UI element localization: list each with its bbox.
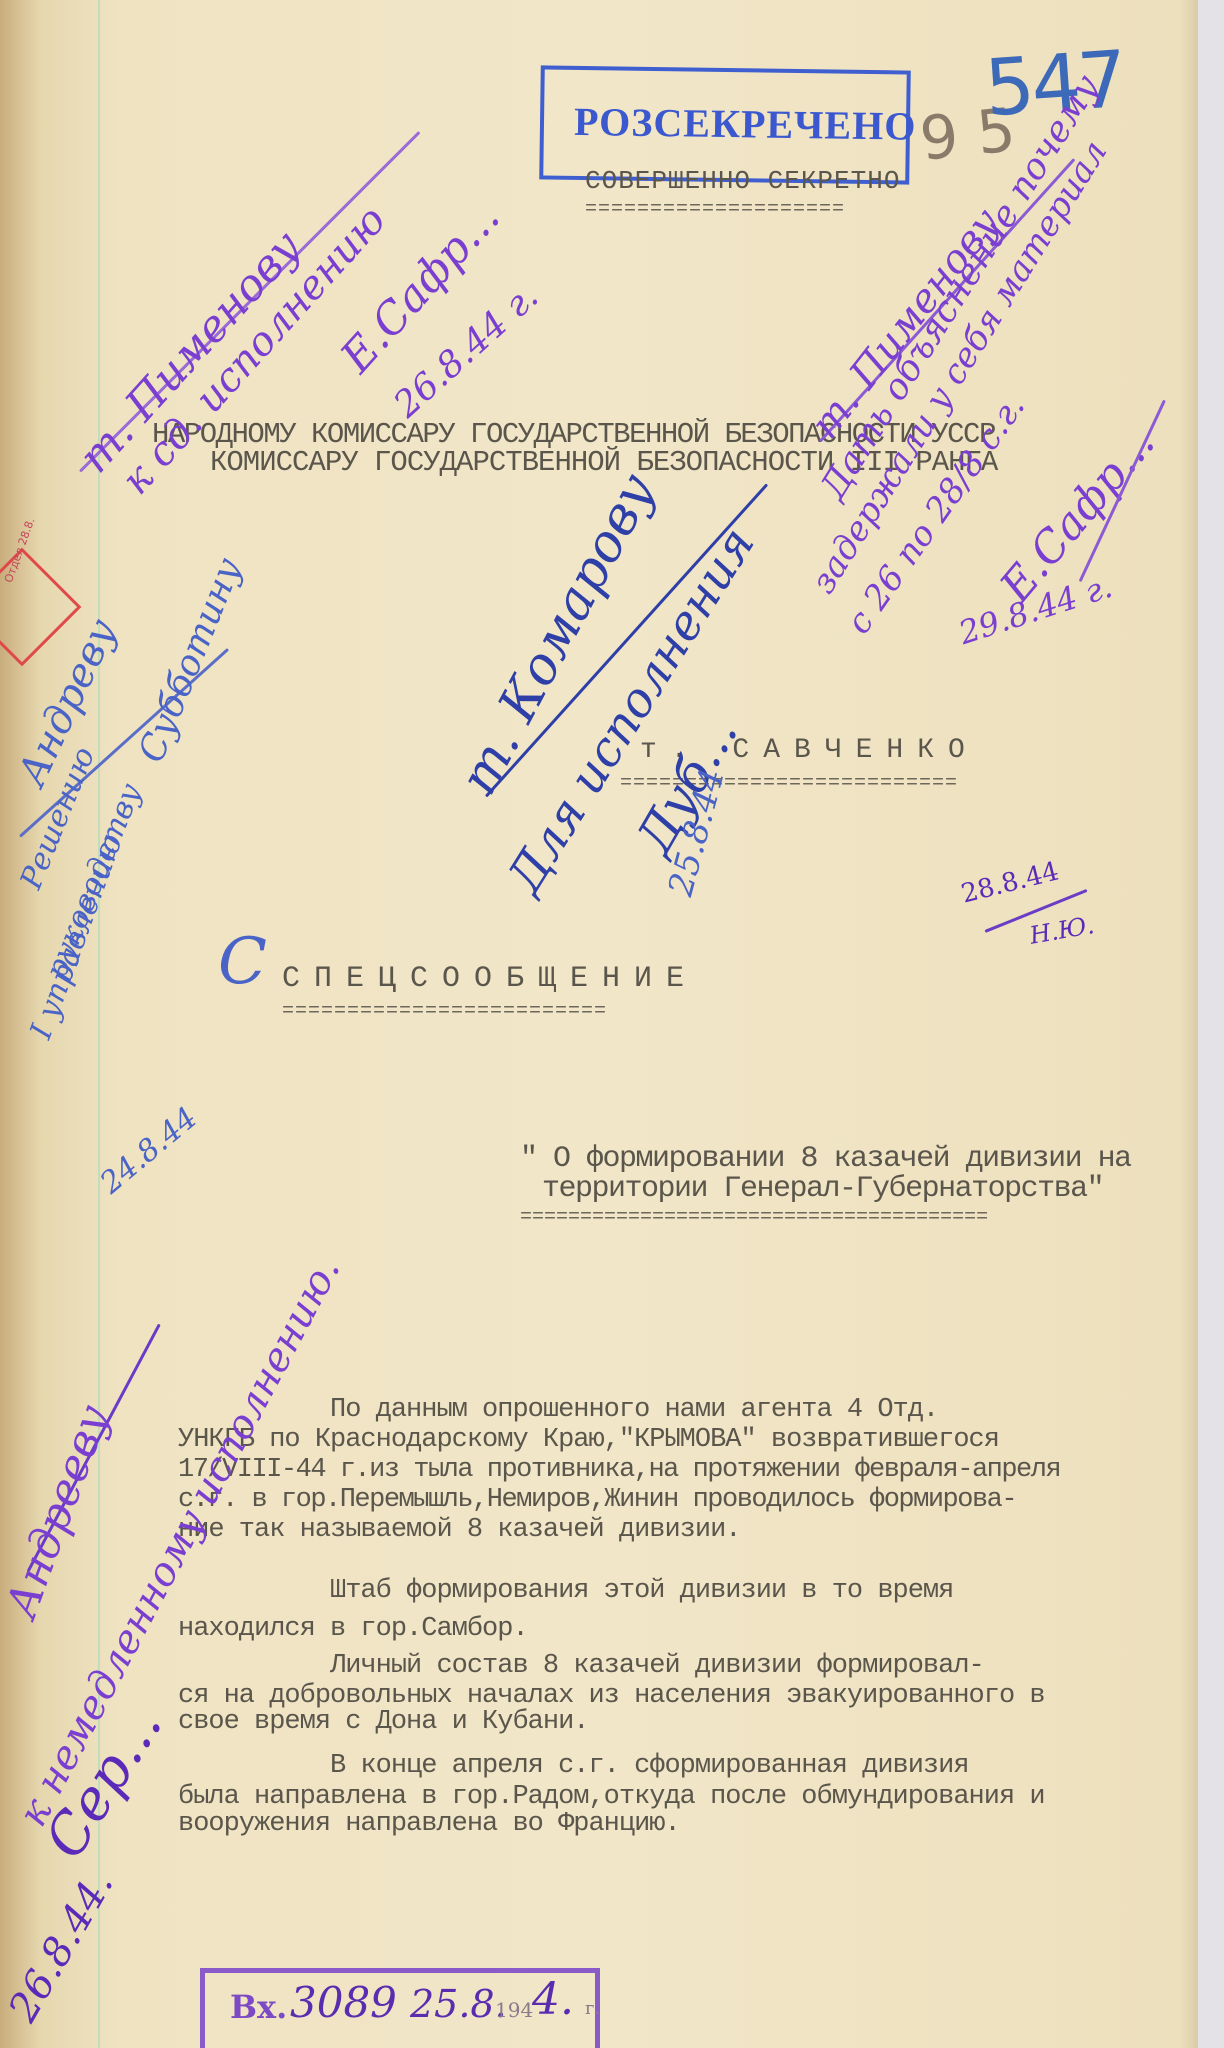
incoming-year-end: г. <box>585 1998 600 2019</box>
body-line: УНКГБ по Краснодарскому Краю,"КРЫМОВА" в… <box>178 1425 1198 1455</box>
document-title: СПЕЦСООБЩЕНИЕ <box>282 962 698 996</box>
body-line: 17/VIII-44 г.из тыла противника,на протя… <box>178 1455 1198 1485</box>
paragraph: По данным опрошенного нами агента 4 Отд.… <box>178 1395 1198 1545</box>
scan-margin <box>1198 0 1224 2048</box>
classification-rule: ==================== <box>585 198 845 221</box>
incoming-prefix: Вх. <box>230 1988 287 2026</box>
body-line: ся на добровольных началах из населения … <box>178 1683 1198 1709</box>
body-line: свое время с Дона и Кубани. <box>178 1709 1198 1735</box>
subject-rule: ======================================= <box>520 1206 988 1229</box>
body-line: Личный состав 8 казачей дивизии формиров… <box>178 1649 1198 1683</box>
body-line: ние так называемой 8 казачей дивизии. <box>178 1515 1198 1545</box>
paragraph: В конце апреля с.г. сформированная дивиз… <box>178 1749 1198 1837</box>
incoming-year-prefix: 194 <box>495 1998 533 2022</box>
body-line: В конце апреля с.г. сформированная дивиз… <box>178 1749 1198 1783</box>
incoming-year-suffix: 4. <box>532 1974 574 2025</box>
body-line: По данным опрошенного нами агента 4 Отд. <box>178 1395 1198 1425</box>
declassified-stamp-text: РОЗСЕКРЕЧЕНО <box>574 98 917 150</box>
subject-line-2: территории Генерал-Губернаторства" <box>542 1172 1103 1206</box>
incoming-date: 25.8. <box>410 1982 507 2026</box>
body-text: По данным опрошенного нами агента 4 Отд.… <box>178 1395 1198 1837</box>
paragraph: Личный состав 8 казачей дивизии формиров… <box>178 1649 1198 1735</box>
body-line: находился в гор.Самбор. <box>178 1611 1198 1647</box>
body-line: Штаб формирования этой дивизии в то врем… <box>178 1571 1198 1611</box>
classification-label: СОВЕРШЕННО СЕКРЕТНО <box>585 166 900 196</box>
body-line: с.г. в гор.Перемышль,Немиров,Жинин прово… <box>178 1485 1198 1515</box>
resolution-left-blue-initial: С <box>218 925 267 999</box>
body-line: была направлена в гор.Радом,откуда после… <box>178 1783 1198 1811</box>
paragraph: Штаб формирования этой дивизии в то врем… <box>178 1571 1198 1647</box>
body-line: вооружения направлена во Францию. <box>178 1811 1198 1837</box>
incoming-number: 3089 <box>290 1978 397 2027</box>
document-title-rule: ========================= <box>282 1000 607 1023</box>
subject-line-1: " О формировании 8 казачей дивизии на <box>520 1142 1131 1176</box>
